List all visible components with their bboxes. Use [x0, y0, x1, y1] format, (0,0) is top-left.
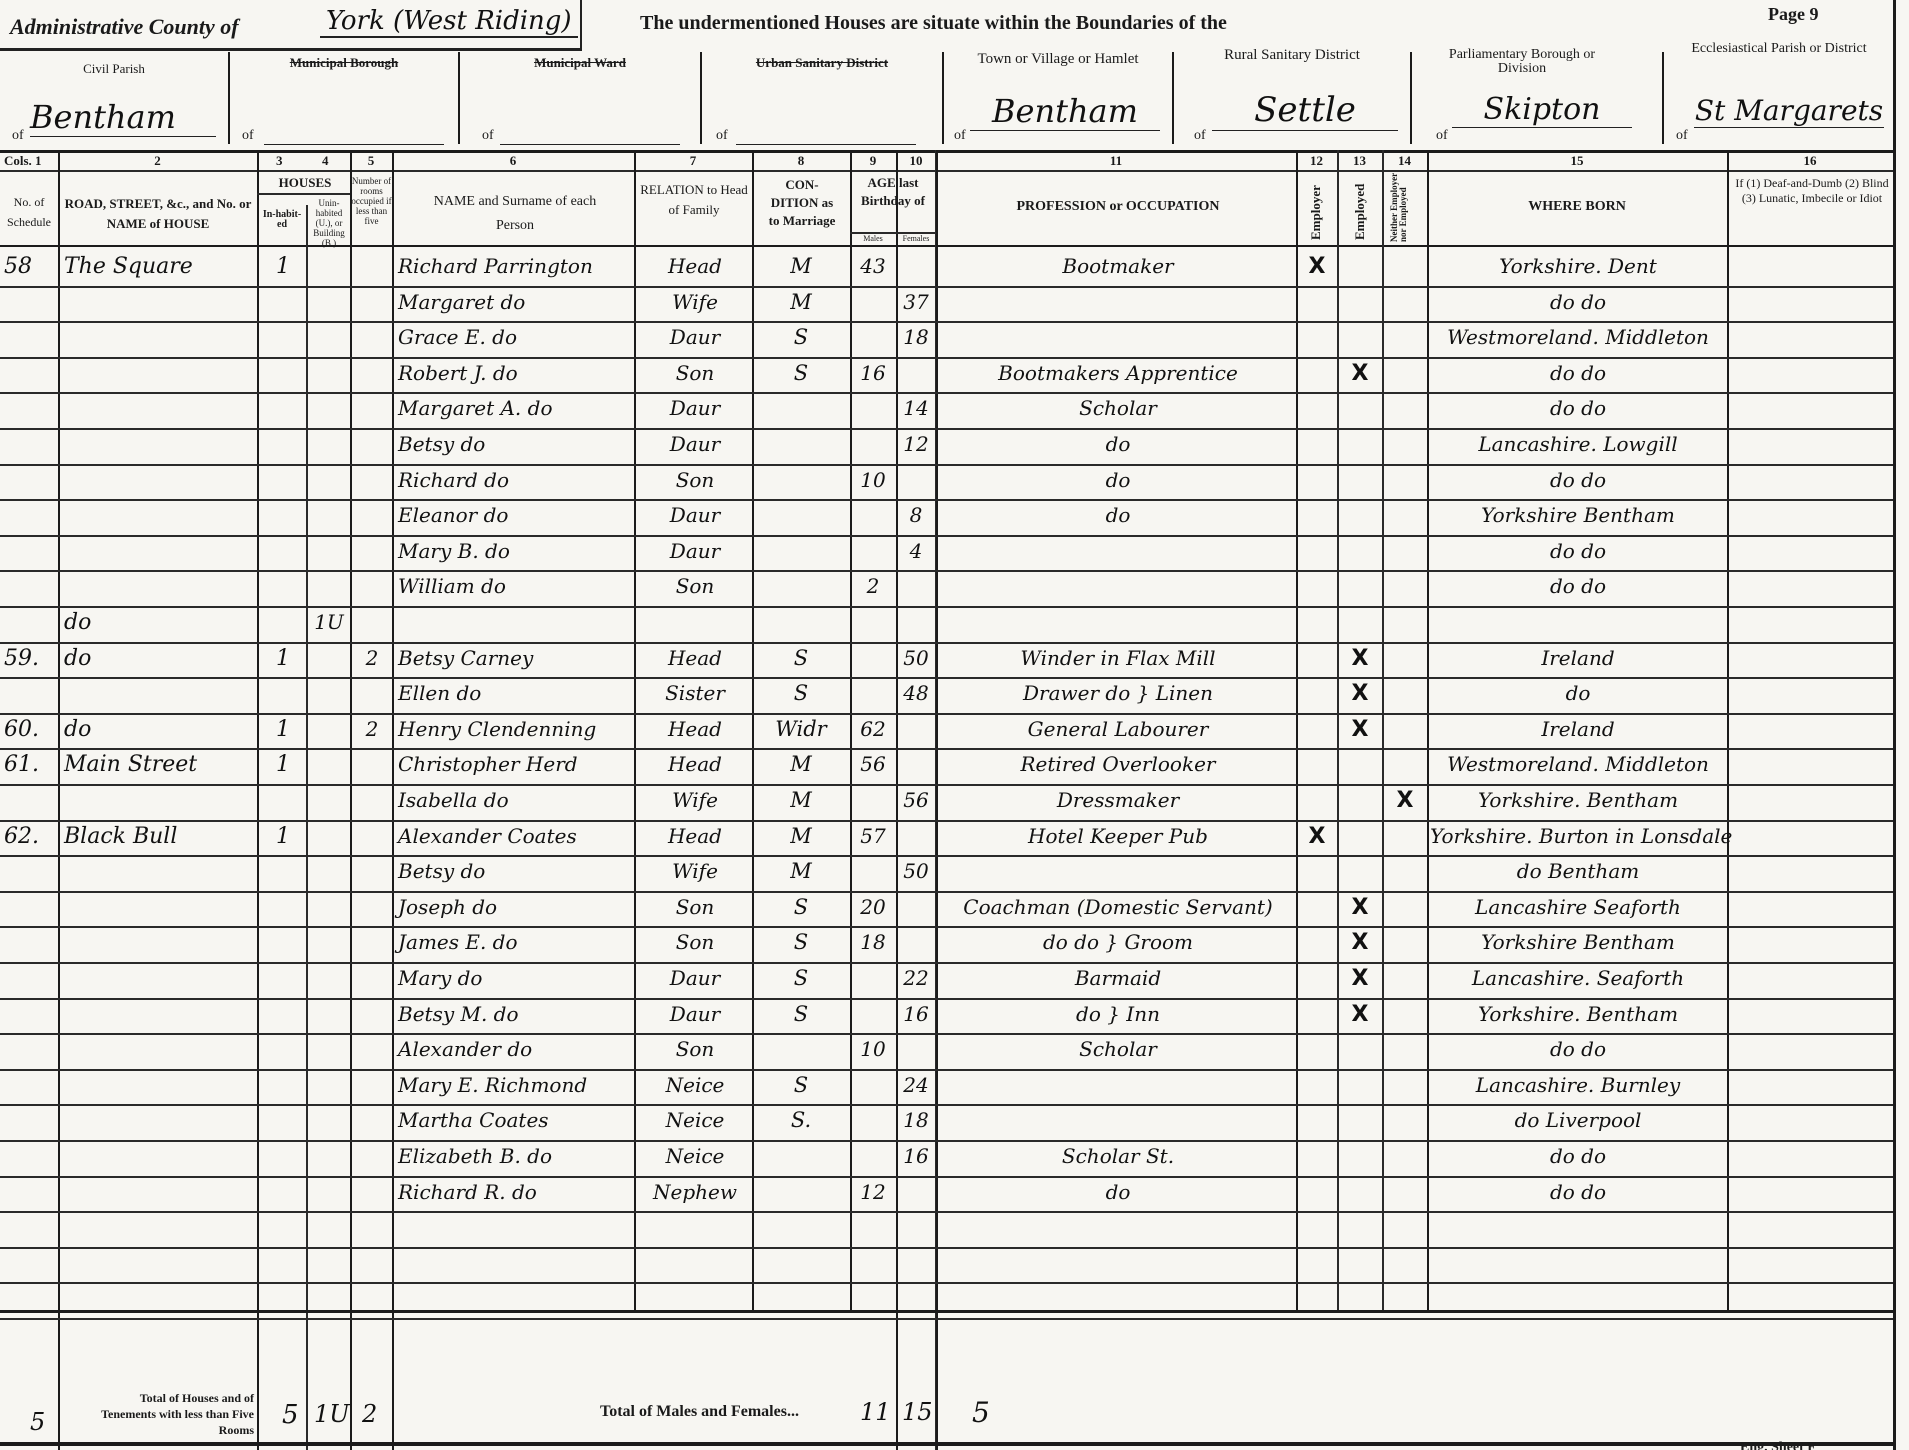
header-employed: Employed: [1352, 175, 1368, 240]
district-value: Bentham: [970, 92, 1160, 131]
cell-where-born: Yorkshire. Bentham: [1430, 1002, 1726, 1026]
col-number-1: Cols. 1: [4, 153, 42, 169]
cell-occupation: Winder in Flax Mill: [942, 646, 1294, 670]
cell-female-age: 50: [898, 859, 934, 883]
cell-relation: Head: [640, 717, 750, 741]
table-row: Betsy doWifeM50do Bentham: [0, 855, 1893, 891]
cell-road: The Square: [64, 254, 254, 279]
of-label: of: [1676, 128, 1688, 144]
cell-where-born: Lancashire. Burnley: [1430, 1073, 1726, 1097]
cell-name: Alexander Coates: [398, 824, 632, 848]
cell-schedule: 60.: [4, 717, 56, 742]
cell-name: Martha Coates: [398, 1108, 632, 1132]
col-number-13: 13: [1337, 153, 1382, 169]
cell-name: Ellen do: [398, 681, 632, 705]
cell-where-born: do do: [1430, 468, 1726, 492]
header-where-born: WHERE BORN: [1427, 200, 1727, 214]
cell-female-age: 18: [898, 325, 934, 349]
cell-schedule: 59.: [4, 646, 56, 671]
cell-where-born: do Liverpool: [1430, 1108, 1726, 1132]
cell-condition: S: [754, 930, 848, 954]
header-schedule: No. of Schedule: [2, 192, 56, 232]
cell-employed: X: [1339, 895, 1381, 920]
table-row: Margaret doWifeM37do do: [0, 286, 1893, 322]
header-inhabited: In-habit-ed: [260, 210, 304, 230]
district-value: Bentham: [30, 98, 216, 137]
table-row: Mary B. doDaur4do do: [0, 535, 1893, 571]
table-row: 62.Black Bull1Alexander CoatesHeadM57Hot…: [0, 820, 1893, 856]
cell-male-age: 62: [852, 717, 894, 741]
cell-where-born: Ireland: [1430, 717, 1726, 741]
cell-female-age: 8: [898, 503, 934, 527]
cell-male-age: 56: [852, 752, 894, 776]
district-value-line: [736, 144, 916, 145]
cell-name: Christopher Herd: [398, 752, 632, 776]
cell-occupation: Scholar: [942, 1037, 1294, 1061]
cell-female-age: 37: [898, 290, 934, 314]
cell-name: Richard Parrington: [398, 254, 632, 278]
district-label: Town or Village or Hamlet: [944, 52, 1172, 66]
col-number-10: 10: [896, 153, 936, 169]
header-uninhabited: Unin-habited (U.), or Building (B.): [308, 198, 350, 248]
cell-male-age: 2: [852, 574, 894, 598]
cell-name: James E. do: [398, 930, 632, 954]
county-value: York (West Riding): [320, 6, 578, 38]
table-row: William doSon2do do: [0, 570, 1893, 606]
cell-relation: Wife: [640, 859, 750, 883]
of-label: of: [482, 128, 494, 144]
cell-relation: Son: [640, 361, 750, 385]
cell-occupation: Scholar St.: [942, 1144, 1294, 1168]
cell-occupation: Retired Overlooker: [942, 752, 1294, 776]
header-females: Females: [897, 234, 935, 244]
district-urban-sanitary: Urban Sanitary District of: [702, 48, 942, 148]
table-row: Richard R. doNephew12dodo do: [0, 1176, 1893, 1212]
total-houses-label: Total of Houses and of Tenements with le…: [84, 1390, 254, 1438]
cell-relation: Wife: [640, 290, 750, 314]
header-condition: CON-DITION as to Marriage: [764, 176, 840, 230]
district-value: Settle: [1212, 90, 1398, 131]
cell-male-age: 10: [852, 468, 894, 492]
cell-condition: S.: [754, 1108, 848, 1132]
table-row: 59.do12Betsy CarneyHeadS50Winder in Flax…: [0, 642, 1893, 678]
cell-schedule: 62.: [4, 824, 56, 849]
cell-relation: Head: [640, 752, 750, 776]
cell-relation: Daur: [640, 966, 750, 990]
col-number-2: 2: [58, 153, 257, 169]
cell-condition: M: [754, 788, 848, 812]
table-row: Robert J. doSonS16Bootmakers ApprenticeX…: [0, 357, 1893, 393]
cell-where-born: Lancashire. Lowgill: [1430, 432, 1726, 456]
boundaries-text: The undermentioned Houses are situate wi…: [640, 12, 1227, 35]
cell-name: Isabella do: [398, 788, 632, 812]
district-label: Municipal Ward: [460, 56, 700, 70]
cell-name: Margaret do: [398, 290, 632, 314]
cell-relation: Son: [640, 930, 750, 954]
cell-male-age: 43: [852, 254, 894, 278]
col-number-7: 7: [634, 153, 752, 169]
cell-male-age: 57: [852, 824, 894, 848]
cell-where-born: Westmoreland. Middleton: [1430, 325, 1726, 349]
cell-relation: Daur: [640, 325, 750, 349]
district-municipal-ward: Municipal Ward of: [460, 48, 700, 148]
cell-uninhabited: 1U: [308, 610, 350, 634]
cell-occupation: Barmaid: [942, 966, 1294, 990]
cell-occupation: do: [942, 1180, 1294, 1204]
cell-relation: Head: [640, 254, 750, 278]
cell-condition: S: [754, 325, 848, 349]
cell-schedule: 58: [4, 254, 56, 279]
cell-occupation: General Labourer: [942, 717, 1294, 741]
cell-relation: Head: [640, 646, 750, 670]
cell-where-born: do do: [1430, 1037, 1726, 1061]
cell-relation: Daur: [640, 1002, 750, 1026]
cell-name: Mary B. do: [398, 539, 632, 563]
table-row: Richard doSon10dodo do: [0, 464, 1893, 500]
district-value-line: [264, 144, 444, 145]
cell-where-born: do do: [1430, 1144, 1726, 1168]
cell-condition: S: [754, 895, 848, 919]
cell-inhabited: 1: [262, 752, 304, 777]
cell-female-age: 22: [898, 966, 934, 990]
cell-male-age: 18: [852, 930, 894, 954]
cell-name: Eleanor do: [398, 503, 632, 527]
cell-name: Alexander do: [398, 1037, 632, 1061]
cell-name: William do: [398, 574, 632, 598]
cell-occupation: Coachman (Domestic Servant): [942, 895, 1294, 919]
district-row: Civil Parish of Bentham Municipal Boroug…: [0, 48, 1895, 148]
cell-road: do: [64, 717, 254, 742]
district-town: Town or Village or Hamlet of Bentham: [944, 48, 1172, 148]
cell-condition: S: [754, 966, 848, 990]
col-number-14: 14: [1382, 153, 1427, 169]
cell-road: do: [64, 610, 254, 635]
cell-relation: Daur: [640, 432, 750, 456]
row-divider: [0, 1247, 1893, 1249]
cell-neither: X: [1384, 788, 1426, 813]
cell-condition: Widr: [754, 717, 848, 741]
col-number-6: 6: [392, 153, 634, 169]
cell-relation: Wife: [640, 788, 750, 812]
table-row: Joseph doSonS20Coachman (Domestic Servan…: [0, 891, 1893, 927]
cell-road: Main Street: [64, 752, 254, 777]
cell-name: Betsy M. do: [398, 1002, 632, 1026]
district-value: Skipton: [1452, 92, 1632, 128]
district-label: Ecclesiastical Parish or District: [1684, 42, 1874, 56]
col-number-16: 16: [1727, 153, 1893, 169]
cell-occupation: do } Inn: [942, 1002, 1294, 1026]
of-label: of: [1194, 128, 1206, 144]
cell-employed: X: [1339, 930, 1381, 955]
cell-inhabited: 1: [262, 646, 304, 671]
cell-female-age: 24: [898, 1073, 934, 1097]
header-males: Males: [851, 234, 895, 244]
cell-where-born: do do: [1430, 361, 1726, 385]
page-number: Page 9: [1768, 4, 1818, 25]
header-name: NAME and Surname of each Person: [420, 190, 610, 238]
district-value-line: [500, 144, 680, 145]
cell-where-born: Yorkshire. Bentham: [1430, 788, 1726, 812]
district-civil-parish: Civil Parish of Bentham: [0, 48, 228, 148]
col-number-12: 12: [1296, 153, 1337, 169]
cell-female-age: 56: [898, 788, 934, 812]
cell-condition: S: [754, 1073, 848, 1097]
cell-female-age: 12: [898, 432, 934, 456]
cell-where-born: do do: [1430, 539, 1726, 563]
cell-name: Robert J. do: [398, 361, 632, 385]
table-row: Ellen doSisterS48Drawer do } LinenXdo: [0, 677, 1893, 713]
cell-occupation: do do } Groom: [942, 930, 1294, 954]
total-houses-count: 5: [30, 1408, 45, 1436]
cell-where-born: Lancashire Seaforth: [1430, 895, 1726, 919]
cell-male-age: 12: [852, 1180, 894, 1204]
col-number-9: 9: [850, 153, 896, 169]
cell-occupation: Drawer do } Linen: [942, 681, 1294, 705]
district-label: Rural Sanitary District: [1174, 48, 1410, 62]
col-number-15: 15: [1427, 153, 1727, 169]
table-row: Elizabeth B. doNeice16Scholar St.do do: [0, 1140, 1893, 1176]
cell-name: Joseph do: [398, 895, 632, 919]
cell-relation: Neice: [640, 1073, 750, 1097]
header-age: AGE last Birthday of: [852, 174, 934, 210]
cell-female-age: 50: [898, 646, 934, 670]
cell-where-born: Lancashire. Seaforth: [1430, 966, 1726, 990]
cell-relation: Neice: [640, 1108, 750, 1132]
cell-inhabited: 1: [262, 717, 304, 742]
row-divider: [0, 1318, 1893, 1320]
table-row: Margaret A. doDaur14Scholardo do: [0, 392, 1893, 428]
cell-relation: Sister: [640, 681, 750, 705]
total-inhabited: 5: [282, 1400, 299, 1430]
cell-schedule: 61.: [4, 752, 56, 777]
cell-male-age: 20: [852, 895, 894, 919]
cell-employed: X: [1339, 361, 1381, 386]
district-municipal-borough: Municipal Borough of: [230, 48, 458, 148]
table-row: Isabella doWifeM56DressmakerXYorkshire. …: [0, 784, 1893, 820]
cell-name: Elizabeth B. do: [398, 1144, 632, 1168]
county-box: Administrative County of York (West Ridi…: [0, 0, 582, 51]
total-persons-label: Total of Males and Females...: [600, 1403, 799, 1421]
table-row: 58The Square1Richard ParringtonHeadM43Bo…: [0, 250, 1893, 286]
cell-rooms: 2: [352, 717, 392, 741]
header-neither: Neither Employer nor Employed: [1390, 172, 1420, 242]
cell-where-born: Yorkshire. Dent: [1430, 254, 1726, 278]
district-value: St Margarets: [1694, 94, 1884, 128]
table-row: Betsy M. doDaurS16do } InnXYorkshire. Be…: [0, 998, 1893, 1034]
header-houses: HOUSES: [262, 175, 348, 191]
header-road: ROAD, STREET, &c., and No. or NAME of HO…: [64, 194, 252, 234]
cell-occupation: do: [942, 432, 1294, 456]
cell-condition: M: [754, 290, 848, 314]
cell-female-age: 16: [898, 1144, 934, 1168]
census-page: Administrative County of York (West Ridi…: [0, 0, 1909, 1450]
cell-female-age: 48: [898, 681, 934, 705]
county-label: Administrative County of: [10, 14, 239, 40]
district-parliamentary: Parliamentary Borough or Division of Ski…: [1412, 48, 1662, 148]
header-relation: RELATION to Head of Family: [638, 180, 750, 220]
district-label: Parliamentary Borough or Division: [1432, 48, 1612, 76]
cell-name: Henry Clendenning: [398, 717, 632, 741]
cell-road: do: [64, 646, 254, 671]
cell-name: Grace E. do: [398, 325, 632, 349]
cell-condition: S: [754, 361, 848, 385]
cell-condition: M: [754, 859, 848, 883]
district-label: Municipal Borough: [230, 56, 458, 70]
cell-relation: Daur: [640, 503, 750, 527]
total-males: 11: [860, 1398, 891, 1426]
district-rural-sanitary: Rural Sanitary District of Settle: [1174, 48, 1410, 148]
cell-occupation: Scholar: [942, 396, 1294, 420]
total-uninhabited: 1U: [314, 1400, 350, 1428]
cell-employed: X: [1339, 717, 1381, 742]
cell-relation: Head: [640, 824, 750, 848]
cell-occupation: Hotel Keeper Pub: [942, 824, 1294, 848]
cell-rooms: 2: [352, 646, 392, 670]
of-label: of: [12, 128, 24, 144]
cell-female-age: 14: [898, 396, 934, 420]
cell-occupation: Bootmakers Apprentice: [942, 361, 1294, 385]
cell-male-age: 10: [852, 1037, 894, 1061]
cell-where-born: do do: [1430, 574, 1726, 598]
district-ecclesiastical: Ecclesiastical Parish or District of St …: [1664, 48, 1894, 148]
cell-employer: X: [1298, 824, 1336, 849]
cell-where-born: do Bentham: [1430, 859, 1726, 883]
sheet-label: Eng. Sheet F: [1740, 1440, 1816, 1450]
table-row: Mary doDaurS22BarmaidXLancashire. Seafor…: [0, 962, 1893, 998]
cell-employed: X: [1339, 681, 1381, 706]
row-divider: [0, 1282, 1893, 1284]
cell-female-age: 18: [898, 1108, 934, 1132]
cell-relation: Neice: [640, 1144, 750, 1168]
table-row: Mary E. RichmondNeiceS24Lancashire. Burn…: [0, 1069, 1893, 1105]
of-label: of: [1436, 128, 1448, 144]
cell-road: Black Bull: [64, 824, 254, 849]
cell-relation: Daur: [640, 539, 750, 563]
header-employer: Employer: [1308, 175, 1324, 240]
col-number-3: 3: [276, 153, 283, 169]
cell-female-age: 16: [898, 1002, 934, 1026]
cell-name: Betsy do: [398, 859, 632, 883]
cell-where-born: do: [1430, 681, 1726, 705]
cell-condition: S: [754, 646, 848, 670]
col-number-8: 8: [752, 153, 850, 169]
table-row: 61.Main Street1Christopher HerdHeadM56Re…: [0, 748, 1893, 784]
cell-employed: X: [1339, 1002, 1381, 1027]
cell-employed: X: [1339, 646, 1381, 671]
of-label: of: [954, 128, 966, 144]
header-occupation: PROFESSION or OCCUPATION: [940, 200, 1296, 214]
district-label: Urban Sanitary District: [702, 56, 942, 70]
cell-where-born: Yorkshire. Burton in Lonsdale: [1430, 824, 1726, 848]
cell-female-age: 4: [898, 539, 934, 563]
table-row: 60.do12Henry ClendenningHeadWidr62Genera…: [0, 713, 1893, 749]
cell-where-born: Yorkshire Bentham: [1430, 930, 1726, 954]
of-label: of: [242, 128, 254, 144]
cell-relation: Son: [640, 1037, 750, 1061]
cell-condition: M: [754, 752, 848, 776]
cell-relation: Nephew: [640, 1180, 750, 1204]
cell-condition: S: [754, 1002, 848, 1026]
cell-condition: M: [754, 254, 848, 278]
cell-relation: Son: [640, 895, 750, 919]
cell-name: Richard R. do: [398, 1180, 632, 1204]
cell-where-born: Yorkshire Bentham: [1430, 503, 1726, 527]
cell-occupation: do: [942, 503, 1294, 527]
table-row: Martha CoatesNeiceS.18do Liverpool: [0, 1104, 1893, 1140]
table-row: Alexander doSon10Scholardo do: [0, 1033, 1893, 1069]
col-number-5: 5: [350, 153, 392, 169]
col-number-11: 11: [936, 153, 1296, 169]
district-label: Civil Parish: [0, 62, 228, 76]
table-row: do1U: [0, 606, 1893, 642]
cell-relation: Son: [640, 468, 750, 492]
cell-occupation: Dressmaker: [942, 788, 1294, 812]
cell-condition: S: [754, 681, 848, 705]
cell-where-born: Westmoreland. Middleton: [1430, 752, 1726, 776]
cell-name: Betsy do: [398, 432, 632, 456]
table-row: Eleanor doDaur8doYorkshire Bentham: [0, 499, 1893, 535]
cell-where-born: Ireland: [1430, 646, 1726, 670]
of-label: of: [716, 128, 728, 144]
cell-name: Mary E. Richmond: [398, 1073, 632, 1097]
total-rooms: 2: [362, 1400, 377, 1428]
cell-occupation: do: [942, 468, 1294, 492]
cell-male-age: 16: [852, 361, 894, 385]
cell-inhabited: 1: [262, 254, 304, 279]
header-rooms: Number of rooms occupied if less than fi…: [351, 176, 392, 226]
cell-employer: X: [1298, 254, 1336, 279]
cell-name: Margaret A. do: [398, 396, 632, 420]
cell-name: Mary do: [398, 966, 632, 990]
cell-where-born: do do: [1430, 396, 1726, 420]
cell-where-born: do do: [1430, 1180, 1726, 1204]
cell-name: Betsy Carney: [398, 646, 632, 670]
cell-relation: Son: [640, 574, 750, 598]
cell-condition: M: [754, 824, 848, 848]
cell-inhabited: 1: [262, 824, 304, 849]
header-infirmity: If (1) Deaf-and-Dumb (2) Blind (3) Lunat…: [1734, 176, 1890, 206]
cell-relation: Daur: [640, 396, 750, 420]
cell-where-born: do do: [1430, 290, 1726, 314]
cell-occupation: Bootmaker: [942, 254, 1294, 278]
occupation-mark: 5: [972, 1396, 990, 1429]
cell-name: Richard do: [398, 468, 632, 492]
table-row: Betsy doDaur12doLancashire. Lowgill: [0, 428, 1893, 464]
total-females: 15: [902, 1398, 933, 1426]
table-row: James E. doSonS18do do } GroomXYorkshire…: [0, 926, 1893, 962]
col-number-4: 4: [322, 153, 329, 169]
table-row: Grace E. doDaurS18Westmoreland. Middleto…: [0, 321, 1893, 357]
cell-employed: X: [1339, 966, 1381, 991]
